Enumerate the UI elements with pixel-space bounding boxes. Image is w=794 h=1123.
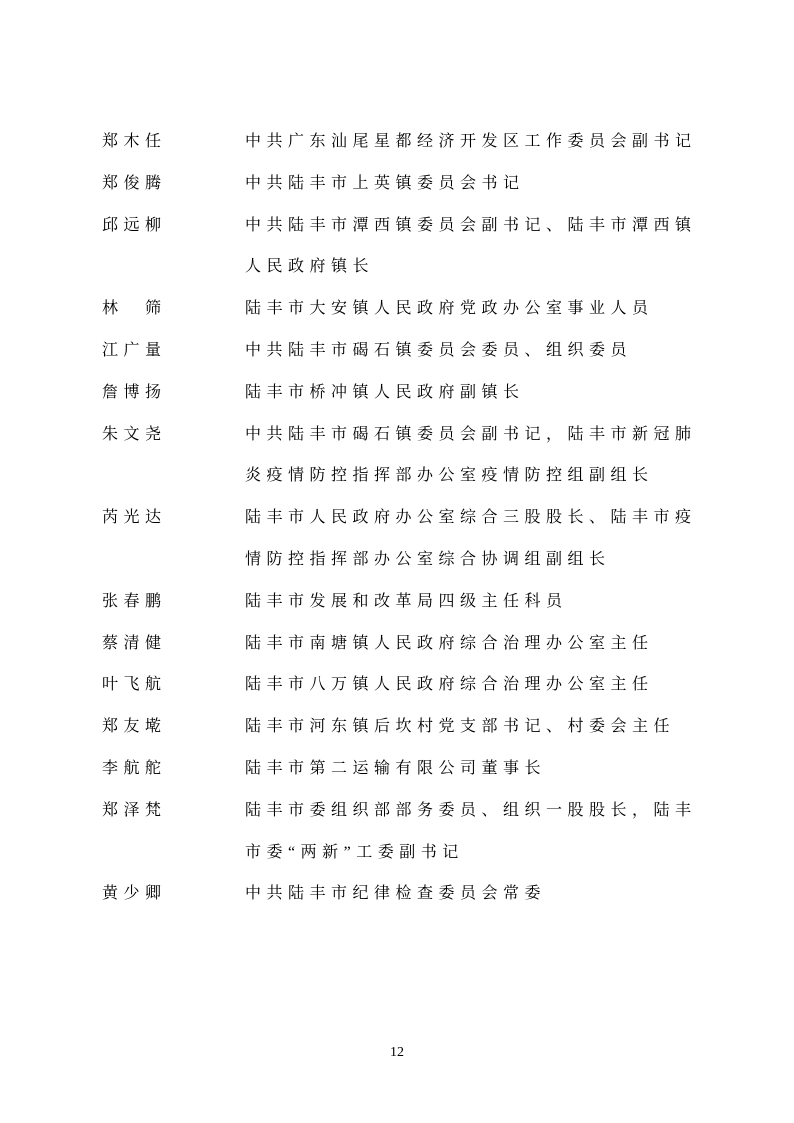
person-name: 张春鹏 <box>102 581 245 623</box>
person-name: 郑泽梵 <box>102 790 245 832</box>
roster-entry: 蔡清健 陆丰市南塘镇人民政府综合治理办公室主任 <box>102 623 710 665</box>
person-name: 蔡清健 <box>102 623 245 665</box>
person-name: 李航舵 <box>102 748 245 790</box>
roster-list: 郑木任 中共广东汕尾星都经济开发区工作委员会副书记 郑俊腾 中共陆丰市上英镇委员… <box>102 121 710 915</box>
person-position: 陆丰市第二运输有限公司董事长 <box>245 748 706 790</box>
person-position: 陆丰市委组织部部务委员、组织一股股长，陆丰市委“两新”工委副书记 <box>245 790 706 874</box>
person-position: 陆丰市南塘镇人民政府综合治理办公室主任 <box>245 623 706 665</box>
person-name: 郑友墘 <box>102 706 245 748</box>
roster-entry: 郑俊腾 中共陆丰市上英镇委员会书记 <box>102 163 710 205</box>
person-name: 黄少卿 <box>102 873 245 915</box>
person-position: 陆丰市大安镇人民政府党政办公室事业人员 <box>245 288 706 330</box>
person-name: 詹博扬 <box>102 372 245 414</box>
person-name: 芮光达 <box>102 497 245 539</box>
person-position: 陆丰市桥冲镇人民政府副镇长 <box>245 372 706 414</box>
person-position: 陆丰市河东镇后坎村党支部书记、村委会主任 <box>245 706 706 748</box>
roster-entry: 李航舵 陆丰市第二运输有限公司董事长 <box>102 748 710 790</box>
person-position: 中共陆丰市上英镇委员会书记 <box>245 163 706 205</box>
roster-entry: 芮光达 陆丰市人民政府办公室综合三股股长、陆丰市疫情防控指挥部办公室综合协调组副… <box>102 497 710 581</box>
roster-entry: 郑友墘 陆丰市河东镇后坎村党支部书记、村委会主任 <box>102 706 710 748</box>
person-position: 陆丰市发展和改革局四级主任科员 <box>245 581 706 623</box>
roster-entry: 黄少卿 中共陆丰市纪律检查委员会常委 <box>102 873 710 915</box>
person-name: 邱远柳 <box>102 205 245 247</box>
person-name: 郑俊腾 <box>102 163 245 205</box>
person-name: 叶飞航 <box>102 664 245 706</box>
roster-entry: 邱远柳 中共陆丰市潭西镇委员会副书记、陆丰市潭西镇人民政府镇长 <box>102 205 710 289</box>
roster-entry: 江广量 中共陆丰市碣石镇委员会委员、组织委员 <box>102 330 710 372</box>
person-name: 郑木任 <box>102 121 245 163</box>
roster-entry: 张春鹏 陆丰市发展和改革局四级主任科员 <box>102 581 710 623</box>
person-position: 中共陆丰市碣石镇委员会委员、组织委员 <box>245 330 706 372</box>
person-position: 中共陆丰市纪律检查委员会常委 <box>245 873 706 915</box>
roster-entry: 林 筛 陆丰市大安镇人民政府党政办公室事业人员 <box>102 288 710 330</box>
roster-entry: 朱文尧 中共陆丰市碣石镇委员会副书记，陆丰市新冠肺炎疫情防控指挥部办公室疫情防控… <box>102 414 710 498</box>
person-position: 陆丰市八万镇人民政府综合治理办公室主任 <box>245 664 706 706</box>
page-number: 12 <box>0 1044 794 1062</box>
person-name: 朱文尧 <box>102 414 245 456</box>
person-position: 中共广东汕尾星都经济开发区工作委员会副书记 <box>245 121 706 163</box>
roster-entry: 詹博扬 陆丰市桥冲镇人民政府副镇长 <box>102 372 710 414</box>
person-position: 中共陆丰市碣石镇委员会副书记，陆丰市新冠肺炎疫情防控指挥部办公室疫情防控组副组长 <box>245 414 706 498</box>
roster-entry: 叶飞航 陆丰市八万镇人民政府综合治理办公室主任 <box>102 664 710 706</box>
roster-entry: 郑木任 中共广东汕尾星都经济开发区工作委员会副书记 <box>102 121 710 163</box>
person-position: 中共陆丰市潭西镇委员会副书记、陆丰市潭西镇人民政府镇长 <box>245 205 706 289</box>
person-position: 陆丰市人民政府办公室综合三股股长、陆丰市疫情防控指挥部办公室综合协调组副组长 <box>245 497 706 581</box>
person-name: 林 筛 <box>102 288 245 330</box>
roster-entry: 郑泽梵 陆丰市委组织部部务委员、组织一股股长，陆丰市委“两新”工委副书记 <box>102 790 710 874</box>
person-name: 江广量 <box>102 330 245 372</box>
document-page: 郑木任 中共广东汕尾星都经济开发区工作委员会副书记 郑俊腾 中共陆丰市上英镇委员… <box>0 0 794 1123</box>
